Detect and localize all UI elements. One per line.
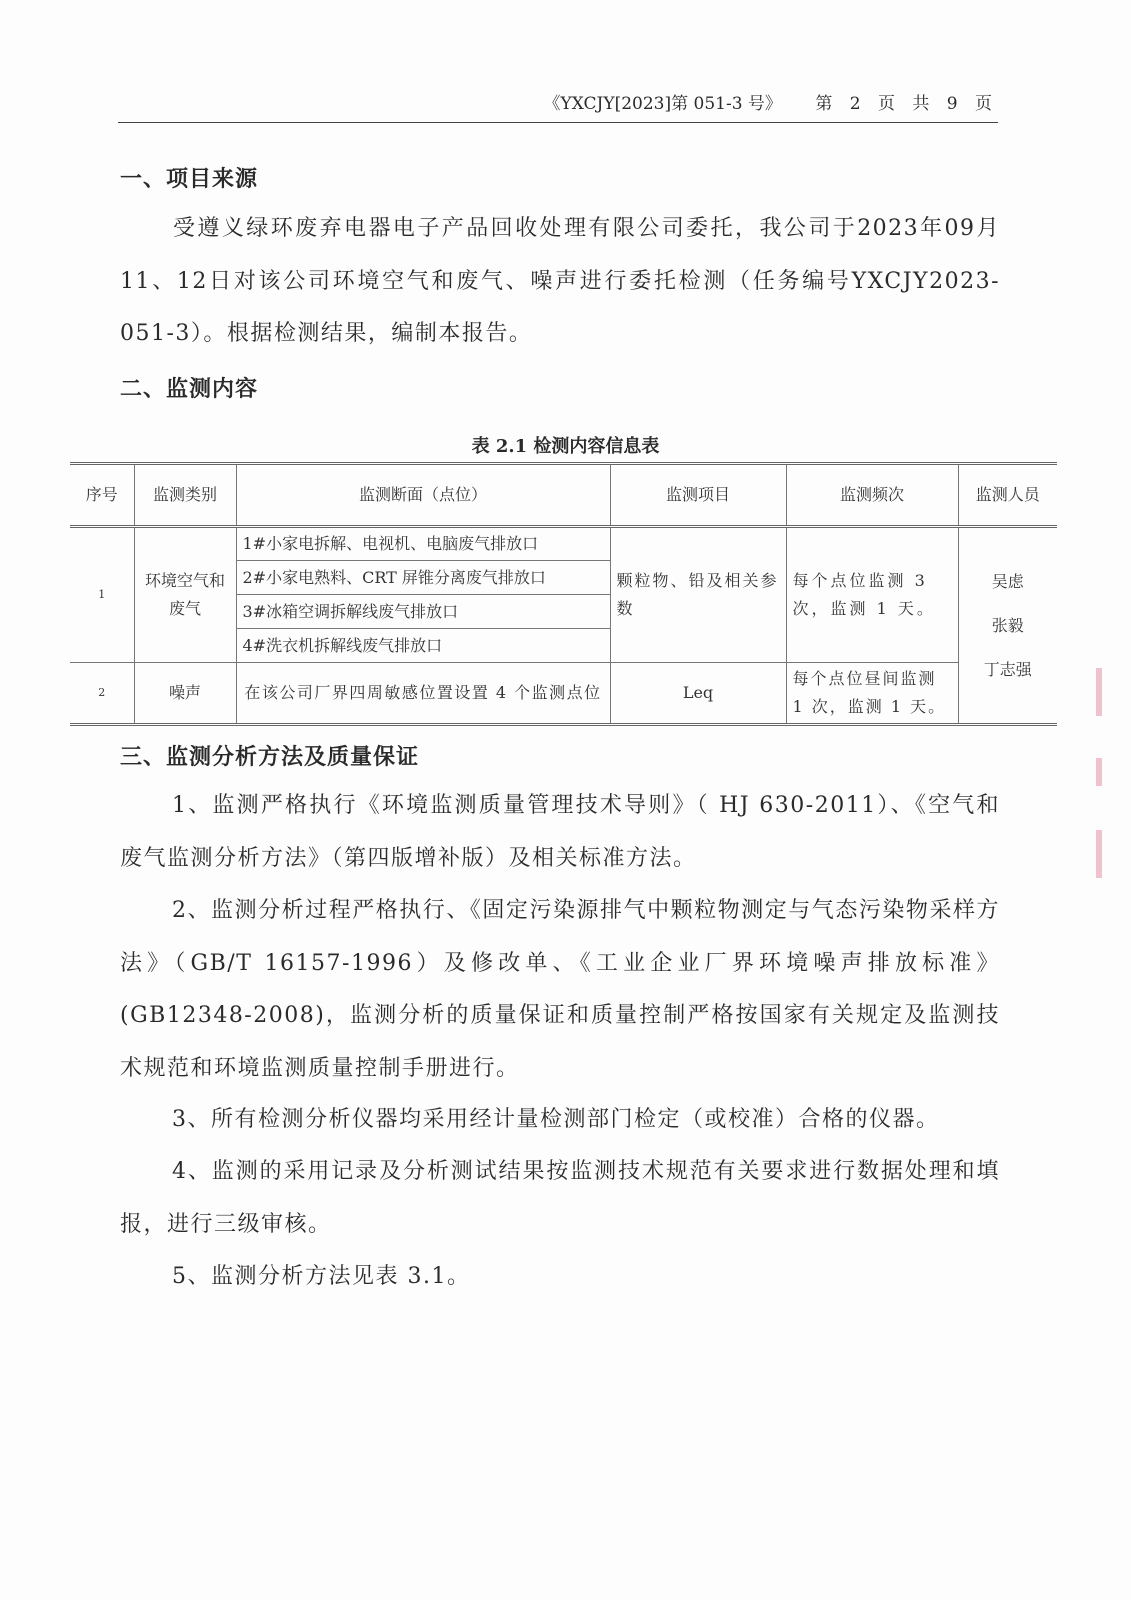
seam-stamp-mark (1096, 668, 1102, 716)
page-number: 第 2 页 共 9 页 (815, 94, 998, 114)
section-3-item-2: 2、监测分析过程严格执行、《固定污染源排气中颗粒物测定与气态污染物采样方法》（G… (120, 885, 1000, 1095)
row-2-no: 2 (70, 663, 134, 725)
row-2-items: Leq (610, 663, 786, 725)
row-1-items: 颗粒物、铅及相关参数 (610, 527, 786, 663)
row-1-point-2: 2#小家电熟料、CRT 屏锥分离废气排放口 (236, 561, 610, 595)
header-category: 监测类别 (134, 464, 236, 527)
row-1-point-1: 1#小家电拆解、电视机、电脑废气排放口 (236, 527, 610, 561)
row-1-point-3: 3#冰箱空调拆解线废气排放口 (236, 595, 610, 629)
page-header: 《YXCJY[2023]第 051-3 号》 第 2 页 共 9 页 (118, 92, 998, 123)
report-reference: 《YXCJY[2023]第 051-3 号》 (544, 94, 782, 114)
row-1-no: 1 (70, 527, 134, 663)
table-caption: 表 2.1 检测内容信息表 (0, 432, 1131, 458)
section-3-item-4: 4、监测的采用记录及分析测试结果按监测技术规范有关要求进行数据处理和填报，进行三… (120, 1146, 1000, 1251)
header-items: 监测项目 (610, 464, 786, 527)
section-3-item-1: 1、监测严格执行《环境监测质量管理技术导则》（ HJ 630-2011）、《空气… (120, 780, 1000, 885)
table-row: 2 噪声 在该公司厂界四周敏感位置设置 4 个监测点位 Leq 每个点位昼间监测… (70, 663, 1057, 725)
row-2-frequency: 每个点位昼间监测 1 次，监测 1 天。 (786, 663, 958, 725)
section-1-title: 一、项目来源 (120, 162, 258, 193)
header-points: 监测断面（点位） (236, 464, 610, 527)
table-row: 1 环境空气和废气 1#小家电拆解、电视机、电脑废气排放口 颗粒物、铅及相关参数… (70, 527, 1057, 561)
row-1-frequency: 每个点位监测 3 次，监测 1 天。 (786, 527, 958, 663)
seam-stamp-mark (1096, 758, 1102, 786)
personnel-2: 张毅 (965, 604, 1052, 648)
row-1-point-4: 4#洗衣机拆解线废气排放口 (236, 629, 610, 663)
personnel-cell: 吴虑 张毅 丁志强 (958, 527, 1057, 725)
section-1-paragraph: 受遵义绿环废弃电器电子产品回收处理有限公司委托，我公司于2023年09月11、1… (120, 203, 1000, 361)
table-header-row: 序号 监测类别 监测断面（点位） 监测项目 监测频次 监测人员 (70, 464, 1057, 527)
row-2-category: 噪声 (134, 663, 236, 725)
row-2-point-1: 在该公司厂界四周敏感位置设置 4 个监测点位 (236, 663, 610, 725)
monitoring-info-table: 序号 监测类别 监测断面（点位） 监测项目 监测频次 监测人员 1 环境空气和废… (70, 462, 1057, 726)
seam-stamp-mark (1096, 830, 1102, 878)
section-3-item-3: 3、所有检测分析仪器均采用经计量检测部门检定（或校准）合格的仪器。 (120, 1094, 1000, 1147)
section-2-title: 二、监测内容 (120, 372, 258, 403)
section-3-title: 三、监测分析方法及质量保证 (120, 740, 419, 771)
header-frequency: 监测频次 (786, 464, 958, 527)
row-1-category: 环境空气和废气 (134, 527, 236, 663)
header-personnel: 监测人员 (958, 464, 1057, 527)
section-3-item-5: 5、监测分析方法见表 3.1。 (120, 1251, 1000, 1304)
personnel-3: 丁志强 (965, 648, 1052, 692)
header-no: 序号 (70, 464, 134, 527)
personnel-1: 吴虑 (965, 560, 1052, 604)
